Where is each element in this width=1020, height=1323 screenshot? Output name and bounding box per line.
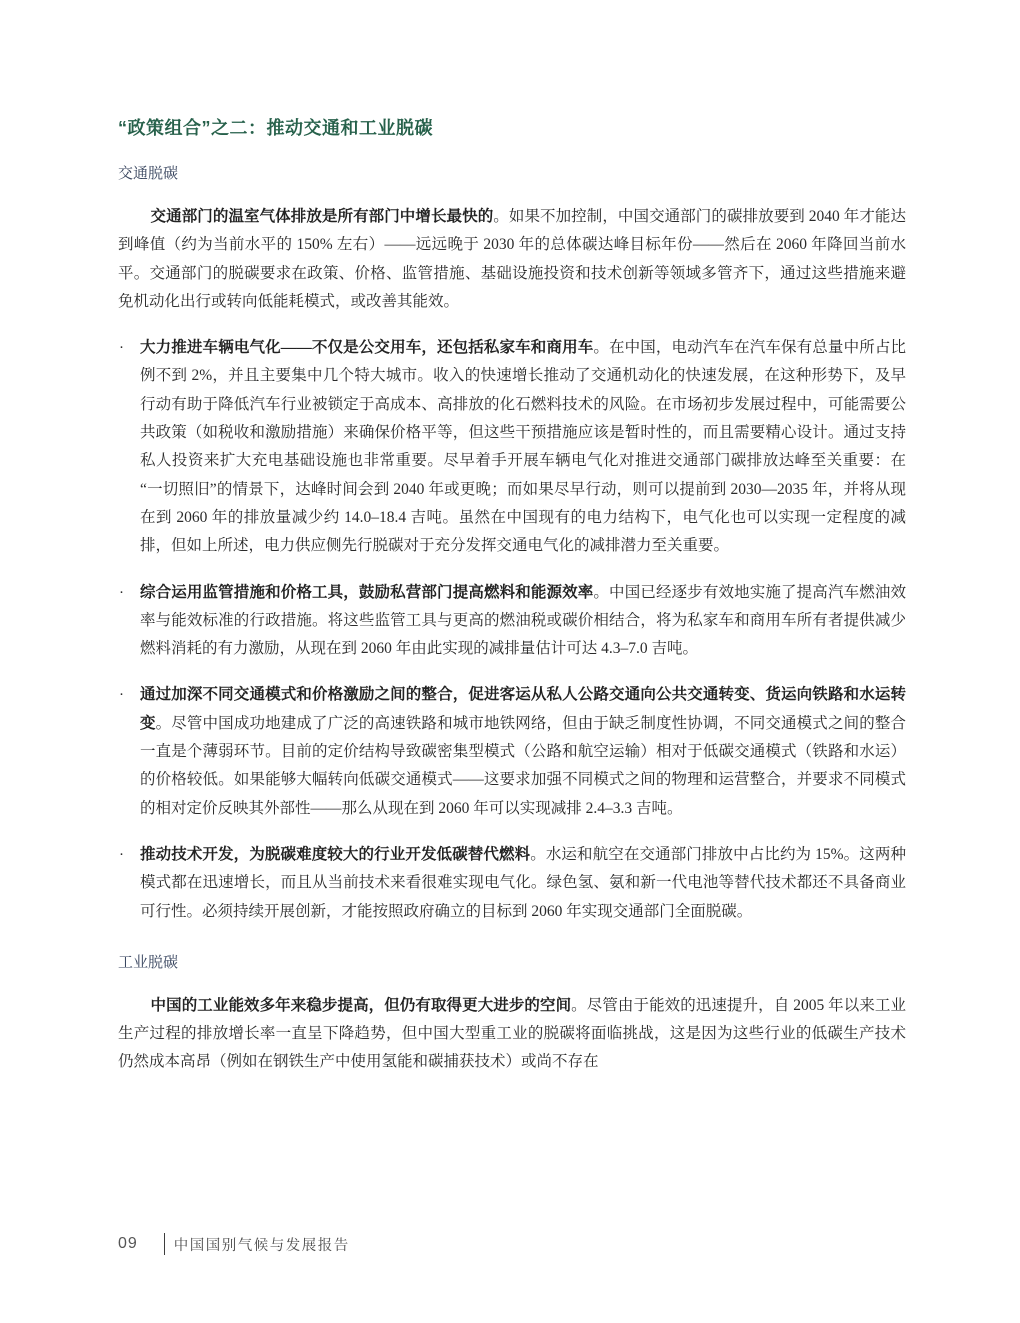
bullet-text: 综合运用监管措施和价格工具，鼓励私营部门提高燃料和能源效率。中国已经逐步有效地实… <box>140 584 906 658</box>
bullet-lead-bold: 大力推进车辆电气化——不仅是公交用车，还包括私家车和商用车 <box>140 339 593 356</box>
transport-subheading: 交通脱碳 <box>118 164 906 183</box>
industry-intro-paragraph: 中国的工业能效多年来稳步提高，但仍有取得更大进步的空间。尽管由于能效的迅速提升，… <box>118 992 906 1077</box>
bullet-body-text: 。在中国，电动汽车在汽车保有总量中所占比例不到 2%，并且主要集中几个特大城市。… <box>140 339 906 554</box>
bullet-dot-icon: · <box>119 841 124 869</box>
page-content: “政策组合”之二：推动交通和工业脱碳 交通脱碳 交通部门的温室气体排放是所有部门… <box>118 116 906 1077</box>
bullet-modal-integration: · 通过加深不同交通模式和价格激励之间的整合，促进客运从私人公路交通向公共交通转… <box>118 681 906 822</box>
bullet-regulation-pricing: · 综合运用监管措施和价格工具，鼓励私营部门提高燃料和能源效率。中国已经逐步有效… <box>118 579 906 664</box>
page-footer: 09 中国国别气候与发展报告 <box>118 1233 350 1255</box>
bullet-dot-icon: · <box>119 579 124 607</box>
bullet-body-text: 。尽管中国成功地建成了广泛的高速铁路和城市地铁网络，但由于缺乏制度性协调，不同交… <box>140 715 906 817</box>
transport-intro-bold: 交通部门的温室气体排放是所有部门中增长最快的 <box>151 208 494 225</box>
transport-intro-paragraph: 交通部门的温室气体排放是所有部门中增长最快的。如果不加控制，中国交通部门的碳排放… <box>118 203 906 316</box>
page-title: “政策组合”之二：推动交通和工业脱碳 <box>118 116 906 140</box>
section-transport: 交通脱碳 交通部门的温室气体排放是所有部门中增长最快的。如果不加控制，中国交通部… <box>118 164 906 926</box>
bullet-dot-icon: · <box>119 334 124 362</box>
bullet-text: 通过加深不同交通模式和价格激励之间的整合，促进客运从私人公路交通向公共交通转变、… <box>140 686 906 816</box>
bullet-text: 推动技术开发，为脱碳难度较大的行业开发低碳替代燃料。水运和航空在交通部门排放中占… <box>140 846 906 920</box>
document-page: “政策组合”之二：推动交通和工业脱碳 交通脱碳 交通部门的温室气体排放是所有部门… <box>0 0 1020 1323</box>
industry-subheading: 工业脱碳 <box>118 953 906 972</box>
footer-report-title: 中国国别气候与发展报告 <box>174 1234 350 1255</box>
bullet-technology-development: · 推动技术开发，为脱碳难度较大的行业开发低碳替代燃料。水运和航空在交通部门排放… <box>118 841 906 926</box>
page-number: 09 <box>118 1235 138 1253</box>
bullet-dot-icon: · <box>119 681 124 709</box>
bullet-text: 大力推进车辆电气化——不仅是公交用车，还包括私家车和商用车。在中国，电动汽车在汽… <box>140 339 906 554</box>
bullet-lead-bold: 综合运用监管措施和价格工具，鼓励私营部门提高燃料和能源效率 <box>140 584 593 601</box>
section-industry: 工业脱碳 中国的工业能效多年来稳步提高，但仍有取得更大进步的空间。尽管由于能效的… <box>118 953 906 1077</box>
transport-bullet-list: · 大力推进车辆电气化——不仅是公交用车，还包括私家车和商用车。在中国，电动汽车… <box>118 334 906 926</box>
footer-divider <box>164 1233 165 1255</box>
industry-intro-bold: 中国的工业能效多年来稳步提高，但仍有取得更大进步的空间 <box>151 997 572 1014</box>
bullet-vehicle-electrification: · 大力推进车辆电气化——不仅是公交用车，还包括私家车和商用车。在中国，电动汽车… <box>118 334 906 560</box>
bullet-lead-bold: 推动技术开发，为脱碳难度较大的行业开发低碳替代燃料 <box>140 846 530 863</box>
